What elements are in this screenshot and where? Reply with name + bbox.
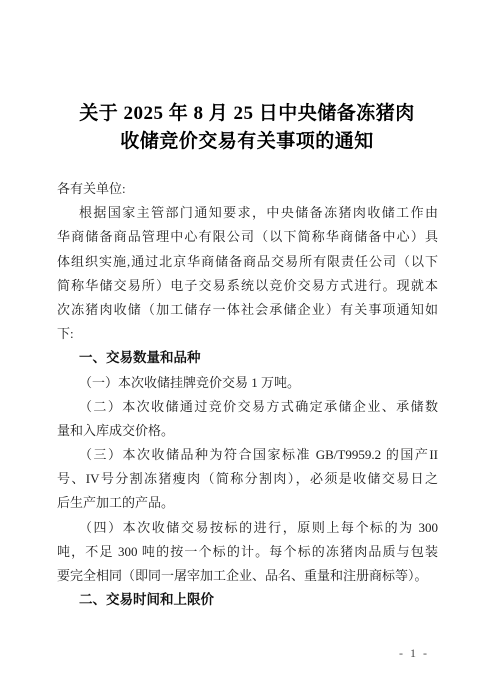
document-line: 次冻猪肉收储（加工储存一体社会承储企业）有关事项通知如: [57, 298, 438, 322]
page-number: - 1 -: [392, 646, 436, 661]
document-line: 各有关单位:: [57, 177, 438, 201]
section-heading: 一、交易数量和品种: [57, 346, 438, 370]
document-title: 关于 2025 年 8 月 25 日中央储备冻猪肉 收储竞价交易有关事项的通知: [0, 100, 494, 155]
title-line-1: 关于 2025 年 8 月 25 日中央储备冻猪肉: [0, 100, 494, 128]
document-line: （四）本次收储交易按标的进行，原则上每个标的为 300: [57, 516, 438, 540]
document-line: 要完全相同（即同一屠宰加工企业、品名、重量和注册商标等）。: [57, 564, 438, 588]
document-line: 体组织实施,通过北京华商储备商品交易所有限责任公司（以下: [57, 250, 438, 274]
document-line: 号、IV号分割冻猪瘦肉（简称分割肉），必须是收储交易日之: [57, 467, 438, 491]
document-line: 量和入库成交价格。: [57, 419, 438, 443]
document-page: 关于 2025 年 8 月 25 日中央储备冻猪肉 收储竞价交易有关事项的通知 …: [0, 0, 494, 700]
document-line: 华商储备商品管理中心有限公司（以下简称华商储备中心）具: [57, 225, 438, 249]
document-line: （二）本次收储通过竞价交易方式确定承储企业、承储数: [57, 395, 438, 419]
title-line-2: 收储竞价交易有关事项的通知: [0, 128, 494, 156]
document-line: 吨，不足 300 吨的按一个标的计。每个标的冻猪肉品质与包装: [57, 540, 438, 564]
document-body: 各有关单位:根据国家主管部门通知要求，中央储备冻猪肉收储工作由华商储备商品管理中…: [57, 177, 438, 612]
document-line: （三）本次收储品种为符合国家标准 GB/T9959.2 的国产II: [57, 443, 438, 467]
document-line: 下:: [57, 322, 438, 346]
document-line: 后生产加工的产品。: [57, 491, 438, 515]
section-heading: 二、交易时间和上限价: [57, 588, 438, 612]
document-line: 简称华储交易所）电子交易系统以竞价交易方式进行。现就本: [57, 274, 438, 298]
document-line: （一）本次收储挂牌竞价交易 1 万吨。: [57, 371, 438, 395]
document-line: 根据国家主管部门通知要求，中央储备冻猪肉收储工作由: [57, 201, 438, 225]
